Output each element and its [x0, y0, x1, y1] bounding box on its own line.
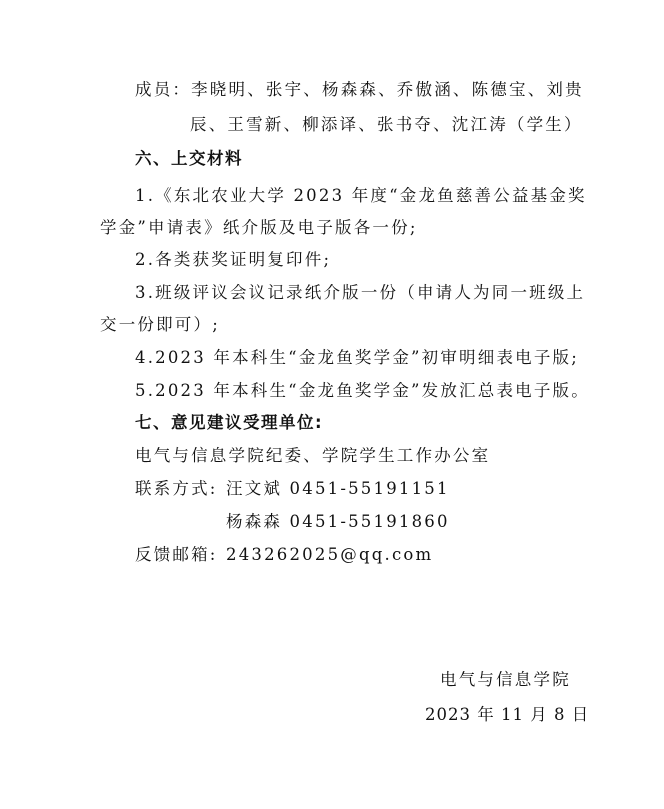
contact-label: 联系方式:	[135, 479, 218, 499]
item5: 5.2023 年本科生“金龙鱼奖学金”发放汇总表电子版。	[135, 381, 590, 401]
email-label: 反馈邮箱:	[135, 545, 218, 565]
email-address: 243262025@qq.com	[226, 545, 433, 565]
item1-line2: 学金”申请表》纸介版及电子版各一份;	[100, 218, 418, 238]
item3-line1: 3.班级评议会议记录纸介版一份（申请人为同一班级上	[135, 283, 585, 303]
signature-org: 电气与信息学院	[440, 670, 571, 690]
members-line-1: 成员：李晓明、张宇、杨森森、乔傲涵、陈德宝、刘贵	[135, 80, 584, 100]
section6-heading: 六、上交材料	[135, 149, 243, 169]
item2: 2.各类获奖证明复印件;	[135, 250, 331, 270]
unit-name: 电气与信息学院纪委、学院学生工作办公室	[135, 446, 490, 466]
item1-line1: 1.《东北农业大学 2023 年度“金龙鱼慈善公益基金奖	[135, 186, 587, 206]
contact-2: 杨森森 0451-55191860	[226, 512, 450, 532]
signature-date: 2023 年 11 月 8 日	[425, 705, 589, 725]
item4: 4.2023 年本科生“金龙鱼奖学金”初审明细表电子版;	[135, 348, 579, 368]
contact-1: 汪文斌 0451-55191151	[226, 479, 450, 499]
members-line-2: 辰、王雪新、柳添译、张书夺、沈江涛（学生）	[190, 115, 583, 135]
section7-heading: 七、意见建议受理单位:	[135, 413, 323, 433]
item3-line2: 交一份即可）;	[100, 315, 220, 335]
